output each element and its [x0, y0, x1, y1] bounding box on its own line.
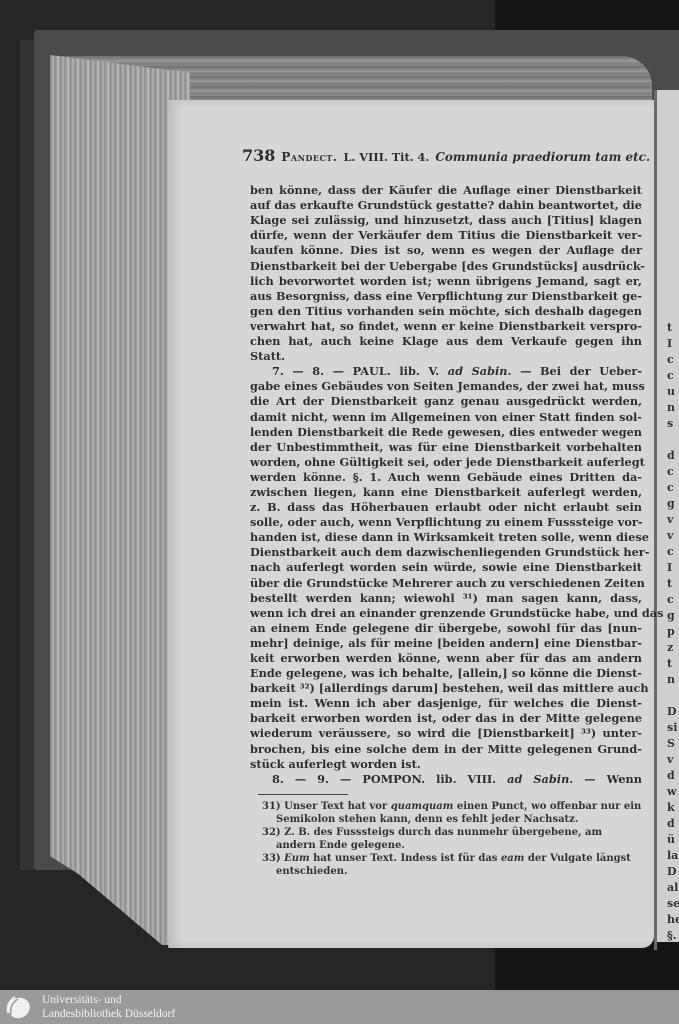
section-7-heading: 7. — 8. — PAUL. lib. V. [272, 364, 439, 378]
footnote-text: Unser Text hat vor [284, 801, 387, 812]
section-8-heading-italic: ad Sabin. [507, 772, 573, 786]
text-line: Klage sei zulässig, und hinzusetzt, dass… [250, 213, 642, 228]
library-name-line1: Universitäts- und [42, 993, 175, 1007]
text-line: Statt. [250, 349, 642, 364]
section-heading-7: 7. — 8. — PAUL. lib. V. ad Sabin. — Bei … [250, 364, 642, 379]
text-line: handen ist, diese dann in Wirksamkeit tr… [250, 530, 642, 545]
library-footer-bar: Universitäts- und Landesbibliothek Düsse… [0, 990, 679, 1024]
footnote-text: hat unser Text. Indess ist für das [313, 853, 497, 864]
page-number: 738 [242, 148, 275, 163]
footnote-text: Z. B. des Fusssteigs durch das nunmehr ü… [276, 827, 602, 851]
running-head-book: L. VIII. Tit. 4. [343, 150, 429, 165]
text-line: z. B. dass das Höherbauen erlaubt oder n… [250, 500, 642, 515]
text-line: wiederum veräussere, so wird die [Dienst… [250, 726, 642, 741]
text-line: an einem Ende gelegene dir übergebe, sow… [250, 621, 642, 636]
text-line: lich bevorwortet worden ist; wenn übrige… [250, 274, 642, 289]
text-line: ben könne, dass der Käufer die Auflage e… [250, 183, 642, 198]
text-line: barkeit erworben worden ist, oder das in… [250, 711, 642, 726]
text-line: keit erworben werden könne, wenn aber fü… [250, 651, 642, 666]
text-line: gabe eines Gebäudes von Seiten Jemandes,… [250, 379, 642, 394]
footnotes: 31) Unser Text hat vor quamquam einen Pu… [250, 800, 642, 878]
section-7-heading-rest: — Bei der Ueber- [520, 364, 642, 378]
facing-page-text-fragments: t I c c u n s d c c g v v c I t c g p z … [667, 320, 679, 942]
main-text: ben könne, dass der Käufer die Auflage e… [250, 183, 642, 787]
text-line: werden könne. §. 1. Auch wenn Gebäude ei… [250, 470, 642, 485]
text-line: auf das erkaufte Grundstück gestatte? da… [250, 198, 642, 213]
footnote-33: 33) Eum hat unser Text. Indess ist für d… [258, 852, 642, 878]
footnote-italic: eam [501, 853, 524, 864]
text-line: mein ist. Wenn ich aber dasjenige, für w… [250, 696, 642, 711]
footnote-number: 32) [262, 827, 281, 838]
section-heading-8: 8. — 9. — POMPON. lib. VIII. ad Sabin. —… [250, 772, 642, 787]
text-line: über die Grundstücke Mehrerer auch zu ve… [250, 576, 642, 591]
text-line: aus Besorgniss, dass eine Verpflichtung … [250, 289, 642, 304]
section-8-heading: 8. — 9. — POMPON. lib. VIII. [272, 772, 496, 786]
section-8-heading-rest: — Wenn [584, 772, 642, 786]
facing-page-edge: t I c c u n s d c c g v v c I t c g p z … [657, 90, 679, 942]
text-line: zwischen liegen, kann eine Dienstbarkeit… [250, 485, 642, 500]
footnote-italic: quamquam [391, 801, 454, 812]
text-line: lenden Dienstbarkeit die Rede gewesen, d… [250, 425, 642, 440]
library-name-line2: Landesbibliothek Düsseldorf [42, 1007, 175, 1021]
text-line: die Art der Dienstbarkeit ganz genau aus… [250, 394, 642, 409]
text-line: nach auferlegt worden sein würde, sowie … [250, 560, 642, 575]
text-line: brochen, bis eine solche dem in der Mitt… [250, 742, 642, 757]
text-line: Dienstbarkeit auch dem dazwischenliegend… [250, 545, 642, 560]
text-line: damit nicht, wenn im Allgemeinen von ein… [250, 410, 642, 425]
footnote-italic: Eum [284, 853, 309, 864]
text-line: mehr] deinige, als für meine [beiden and… [250, 636, 642, 651]
section-7-heading-italic: ad Sabin. [448, 364, 512, 378]
footnote-divider [258, 794, 348, 795]
running-head-abbrev: Pandect. [281, 150, 337, 165]
footnote-31: 31) Unser Text hat vor quamquam einen Pu… [258, 800, 642, 826]
text-line: verwahrt hat, so findet, wenn er keine D… [250, 319, 642, 334]
text-line: gen den Titius vorhanden sein möchte, si… [250, 304, 642, 319]
running-head-title: Communia praediorum tam etc. [435, 150, 650, 165]
text-line: Ende gelegene, was ich behalte, [allein,… [250, 666, 642, 681]
library-name: Universitäts- und Landesbibliothek Düsse… [42, 993, 175, 1021]
footnote-number: 33) [262, 853, 281, 864]
text-line: worden, ohne Gültigkeit sei, oder jede D… [250, 455, 642, 470]
text-line: chen hat, auch keine Klage aus dem Verka… [250, 334, 642, 349]
text-line: stück auferlegt worden ist. [250, 757, 642, 772]
running-head: 738 Pandect. L. VIII. Tit. 4. Communia p… [242, 148, 642, 165]
text-line: der Unbestimmtheit, was für eine Dienstb… [250, 440, 642, 455]
text-line: solle, oder auch, wenn Verpflichtung zu … [250, 515, 642, 530]
footnote-32: 32) Z. B. des Fusssteigs durch das nunme… [258, 826, 642, 852]
text-line: wenn ich drei an einander grenzende Grun… [250, 606, 642, 621]
text-line: bestellt werden kann; wiewohl ³¹) man sa… [250, 591, 642, 606]
book-logo-icon [0, 990, 36, 1024]
text-line: Dienstbarkeit bei der Uebergabe [des Gru… [250, 259, 642, 274]
text-line: dürfe, wenn der Verkäufer dem Titius die… [250, 228, 642, 243]
text-line: kaufen könne. Dies ist so, wenn es wegen… [250, 243, 642, 258]
text-line: barkeit ³²) [allerdings darum] bestehen,… [250, 681, 642, 696]
page-content: 738 Pandect. L. VIII. Tit. 4. Communia p… [250, 148, 642, 878]
footnote-number: 31) [262, 801, 281, 812]
